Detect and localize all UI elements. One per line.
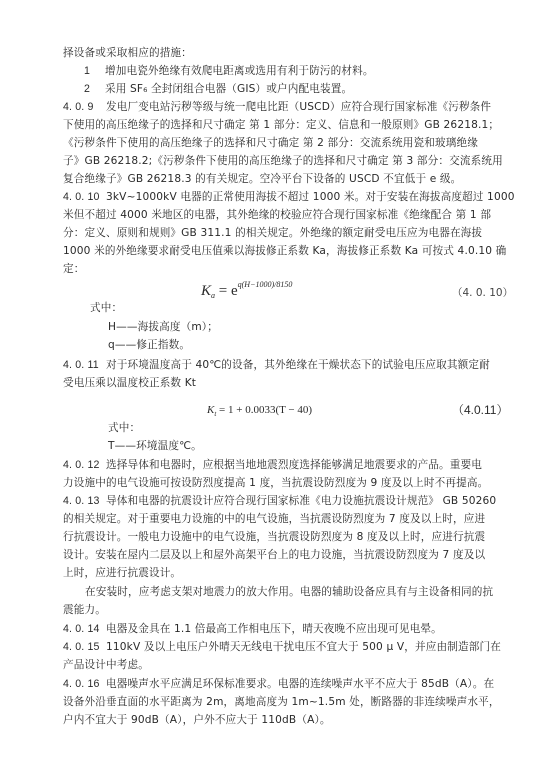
clause-number: 4. 0. 15: [63, 638, 106, 656]
clause-line: 4. 0. 11对于环境温度高于 40℃的设备，其外绝缘在干燥状态下的试验电压应…: [63, 356, 490, 374]
line-text: 对于环境温度高于 40℃的设备，其外绝缘在干燥状态下的试验电压应取其额定耐: [106, 359, 490, 371]
eq1-exponent: q(H−1000)/8150: [238, 280, 293, 289]
clause-line: 4. 0. 103kV~1000kV 电器的正常使用海拔不超过 1000 米。对…: [63, 188, 515, 206]
clause-line: 4. 0. 14电器及金具在 1.1 倍最高工作相电压下，晴天夜晚不应出现可见电…: [63, 620, 442, 638]
list-item: 2采用 SF₆ 全封闭组合电器（GIS）或户内配电装置。: [63, 80, 352, 98]
line-text: 1000 米的外绝缘要求耐受电压值乘以海拔修正系数 Ka，海拔修正系数 Ka 可…: [63, 245, 506, 257]
list-item: 1增加电瓷外绝缘有效爬电距离或选用有利于防污的材料。: [63, 62, 374, 80]
equation-number-4-0-11: （4.0.11）: [452, 401, 508, 418]
line-text: 设计。安装在屋内二层及以上和屋外高架平台上的电力设施，当抗震设防烈度为 7 度及…: [63, 549, 485, 561]
text-line: 式中：: [108, 419, 140, 437]
clause-line: 4. 0. 12选择导体和电器时，应根据当地地震烈度选择能够满足地震要求的产品。…: [63, 456, 482, 474]
text-line: 择设备或采取相应的措施：: [63, 44, 192, 62]
text-line: 下使用的高压绝缘子的选择和尺寸确定 第 1 部分：定义、信息和一般原则》GB 2…: [63, 116, 499, 134]
text-line: 设备外沿垂直面的水平距离为 2m，离地高度为 1m~1.5m 处，断路器的非连续…: [63, 693, 500, 711]
line-text: 上时，应进行抗震设计。: [63, 567, 181, 579]
equation-4-0-10: Ka = eq(H−1000)/8150: [201, 280, 292, 300]
eq1-equals: = e: [215, 283, 238, 299]
line-text: 选择导体和电器时，应根据当地地震烈度选择能够满足地震要求的产品。重要电: [106, 459, 482, 471]
line-text: 的相关规定。对于重要电力设施的中的电气设施，当抗震设防烈度为 7 度及以上时，应…: [63, 513, 485, 525]
line-text: 导体和电器的抗震设计应符合现行国家标准《电力设施抗震设计规范》 GB 50260: [106, 495, 496, 507]
text-line: T——环境温度℃。: [108, 437, 202, 455]
eq1-lhs: K: [201, 283, 211, 299]
clause-number: 4. 0. 10: [63, 188, 106, 206]
line-text: H——海拔高度（m）；: [108, 321, 218, 333]
line-text: 产品设计中考虑。: [63, 659, 149, 671]
text-line: 子》GB 26218.2;《污秽条件下使用的高压绝缘子的选择和尺寸确定 第 3 …: [63, 152, 503, 170]
text-line: 分：定义、原则和规则》GB 311.1 的相关规定。外绝缘的额定耐受电压应为电器…: [63, 224, 482, 242]
clause-line: 4. 0. 9发电厂变电站污秽等级与统一爬电比距（USCD）应符合现行国家标准《…: [63, 98, 491, 116]
text-line: 力设施中的电气设施可按设防烈度提高 1 度，当抗震设防烈度为 9 度及以上时不再…: [63, 474, 488, 492]
line-text: 下使用的高压绝缘子的选择和尺寸确定 第 1 部分：定义、信息和一般原则》GB 2…: [63, 119, 499, 131]
line-text: 震能力。: [63, 604, 106, 616]
line-text: 力设施中的电气设施可按设防烈度提高 1 度，当抗震设防烈度为 9 度及以上时不再…: [63, 477, 488, 489]
line-text: T——环境温度℃。: [108, 440, 202, 452]
line-text: 子》GB 26218.2;《污秽条件下使用的高压绝缘子的选择和尺寸确定 第 3 …: [63, 155, 503, 167]
equation-number-4-0-10: （4. 0. 10）: [452, 285, 513, 300]
text-line: 产品设计中考虑。: [63, 656, 149, 674]
line-text: 电器及金具在 1.1 倍最高工作相电压下，晴天夜晚不应出现可见电晕。: [106, 623, 442, 635]
list-item-number: 2: [69, 80, 105, 98]
clause-number: 4. 0. 9: [63, 98, 106, 116]
text-line: 《污秽条件下使用的高压绝缘子的选择和尺寸确定 第 2 部分：交流系统用瓷和玻璃绝…: [63, 134, 478, 152]
document-page: 择设备或采取相应的措施：1增加电瓷外绝缘有效爬电距离或选用有利于防污的材料。2采…: [0, 0, 560, 782]
text-line: 定：: [63, 260, 85, 278]
equation-4-0-11: Kt = 1 + 0.0033(T − 40): [207, 404, 312, 418]
line-text: 行抗震设计。一般电力设施中的电气设施，当抗震设防烈度为 8 度及以上时，应进行抗…: [63, 531, 485, 543]
text-line: 震能力。: [63, 601, 106, 619]
clause-line: 4. 0. 16电器噪声水平应满足环保标准要求。电器的连续噪声水平不应大于 85…: [63, 675, 494, 693]
text-line: 设计。安装在屋内二层及以上和屋外高架平台上的电力设施，当抗震设防烈度为 7 度及…: [63, 546, 485, 564]
line-text: 米但不超过 4000 米地区的电器，其外绝缘的校验应符合现行国家标准《绝缘配合 …: [63, 209, 491, 221]
eq2-rhs: = 1 + 0.0033(T − 40): [216, 404, 312, 416]
line-text: 在安装时，应考虑支架对地震力的放大作用。电器的辅助设备应具有与主设备相同的抗: [85, 586, 493, 598]
text-line: 的相关规定。对于重要电力设施的中的电气设施，当抗震设防烈度为 7 度及以上时，应…: [63, 510, 485, 528]
line-text: 式中：: [108, 422, 140, 434]
line-text: q——修正指数。: [108, 339, 190, 351]
text-line: H——海拔高度（m）；: [108, 318, 218, 336]
line-text: 增加电瓷外绝缘有效爬电距离或选用有利于防污的材料。: [105, 65, 374, 77]
text-line: q——修正指数。: [108, 336, 190, 354]
text-line: 1000 米的外绝缘要求耐受电压值乘以海拔修正系数 Ka，海拔修正系数 Ka 可…: [63, 242, 506, 260]
line-text: 《污秽条件下使用的高压绝缘子的选择和尺寸确定 第 2 部分：交流系统用瓷和玻璃绝…: [63, 137, 478, 149]
text-line: 户内不宜大于 90dB（A），户外不应大于 110dB（A）。: [63, 711, 331, 729]
text-line: 受电压乘以温度校正系数 Kt: [63, 374, 196, 392]
line-text: 分：定义、原则和规则》GB 311.1 的相关规定。外绝缘的额定耐受电压应为电器…: [63, 227, 482, 239]
line-text: 设备外沿垂直面的水平距离为 2m，离地高度为 1m~1.5m 处，断路器的非连续…: [63, 696, 500, 708]
clause-number: 4. 0. 14: [63, 620, 106, 638]
clause-line: 4. 0. 13导体和电器的抗震设计应符合现行国家标准《电力设施抗震设计规范》 …: [63, 492, 496, 510]
line-text: 择设备或采取相应的措施：: [63, 47, 192, 59]
clause-number: 4. 0. 12: [63, 456, 106, 474]
text-line: 上时，应进行抗震设计。: [63, 564, 181, 582]
line-text: 110kV 及以上电压户外晴天无线电干扰电压不宜大于 500 μ V，并应由制造…: [106, 641, 501, 653]
line-text: 电器噪声水平应满足环保标准要求。电器的连续噪声水平不应大于 85dB（A）。在: [106, 678, 494, 690]
text-line: 行抗震设计。一般电力设施中的电气设施，当抗震设防烈度为 8 度及以上时，应进行抗…: [63, 528, 485, 546]
text-line: 复合绝缘子》GB 26218.3 的有关规定。空冷平台下设备的 USCD 不宜低…: [63, 170, 461, 188]
clause-line: 4. 0. 15110kV 及以上电压户外晴天无线电干扰电压不宜大于 500 μ…: [63, 638, 501, 656]
line-text: 复合绝缘子》GB 26218.3 的有关规定。空冷平台下设备的 USCD 不宜低…: [63, 173, 461, 185]
text-line: 在安装时，应考虑支架对地震力的放大作用。电器的辅助设备应具有与主设备相同的抗: [85, 583, 493, 601]
text-line: 米但不超过 4000 米地区的电器，其外绝缘的校验应符合现行国家标准《绝缘配合 …: [63, 206, 491, 224]
line-text: 定：: [63, 263, 85, 275]
line-text: 采用 SF₆ 全封闭组合电器（GIS）或户内配电装置。: [105, 83, 352, 95]
clause-number: 4. 0. 13: [63, 492, 106, 510]
line-text: 式中：: [90, 302, 122, 314]
line-text: 户内不宜大于 90dB（A），户外不应大于 110dB（A）。: [63, 714, 331, 726]
text-line: 式中：: [90, 299, 122, 317]
clause-number: 4. 0. 16: [63, 675, 106, 693]
list-item-number: 1: [69, 62, 105, 80]
line-text: 受电压乘以温度校正系数 Kt: [63, 377, 196, 389]
line-text: 3kV~1000kV 电器的正常使用海拔不超过 1000 米。对于安装在海拔高度…: [106, 191, 515, 203]
clause-number: 4. 0. 11: [63, 356, 106, 374]
line-text: 发电厂变电站污秽等级与统一爬电比距（USCD）应符合现行国家标准《污秽条件: [106, 101, 491, 113]
